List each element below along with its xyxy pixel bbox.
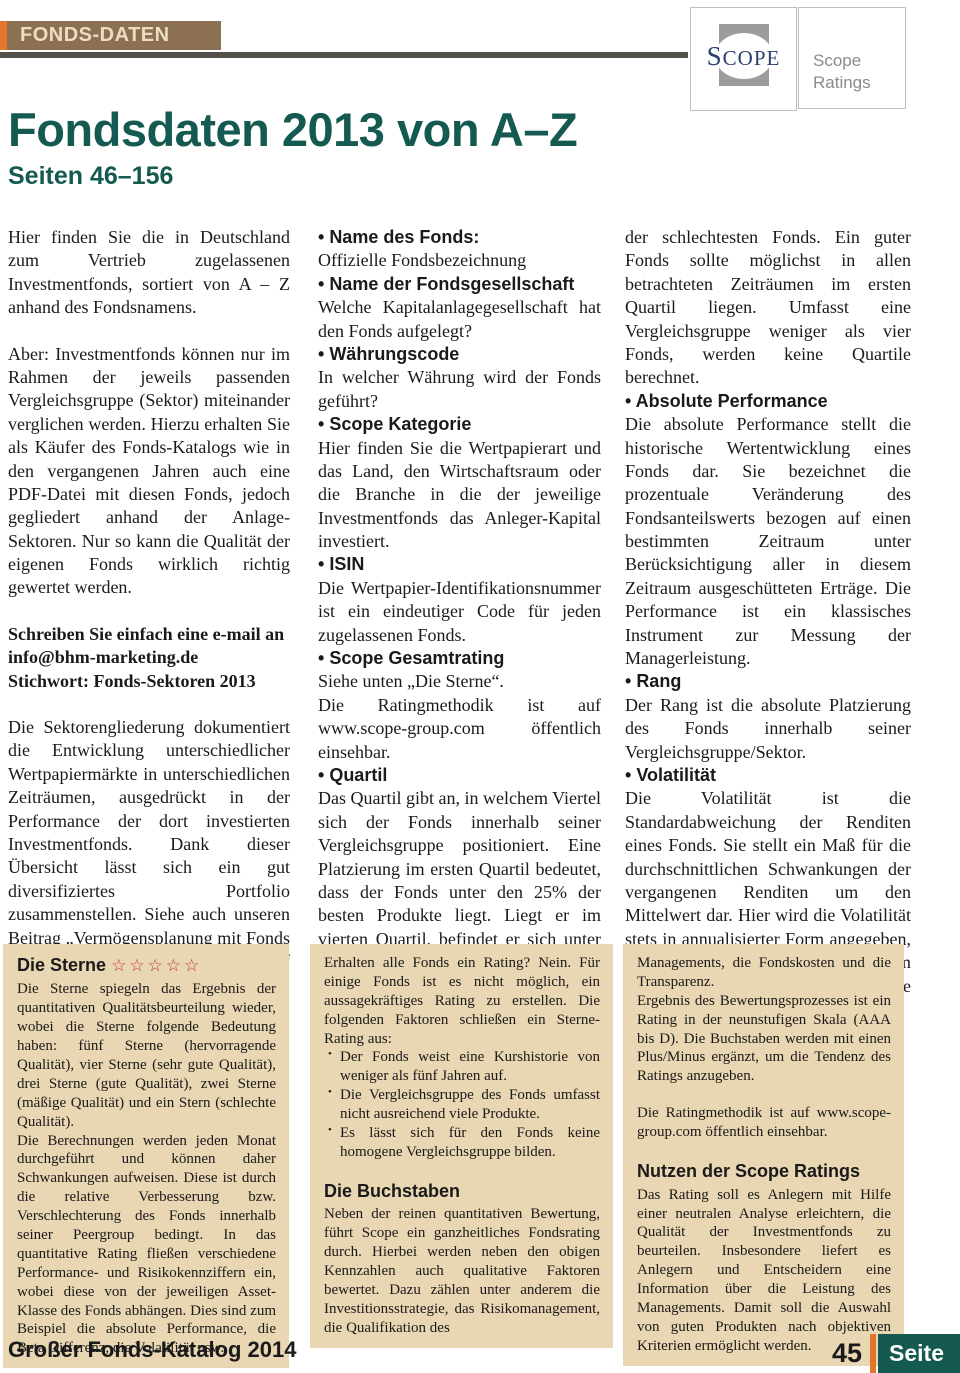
rating-bullet: Der Fonds weist eine Kurshistorie von we… (324, 1048, 600, 1086)
section-kicker: FONDS-DATEN (0, 21, 221, 50)
catalog-name: Großer Fonds-Katalog 2014 (8, 1337, 297, 1363)
header-rule (0, 52, 688, 58)
nutzen-paragraph: Das Rating soll es Anlegern mit Hilfe ei… (637, 1186, 891, 1356)
glossary-item: Scope Kategorie Hier finden Sie die Wert… (318, 413, 601, 553)
page-label-text: Seite (889, 1340, 944, 1367)
scope-caption-line1: Scope (813, 50, 905, 72)
nutzen-paragraph: Ergebnis des Bewertungsprozesses ist ein… (637, 992, 891, 1086)
nutzen-heading: Nutzen der Scope Ratings (637, 1160, 891, 1183)
rating-bullet: Die Vergleichsgruppe des Fonds umfasst n… (324, 1086, 600, 1124)
glossary-definition: Siehe unten „Die Sterne“. (318, 670, 601, 693)
glossary-term: Rang (625, 670, 911, 693)
spacer (637, 1142, 891, 1160)
scope-caption-line2: Ratings (813, 72, 905, 94)
glossary-continuation: der schlechtesten Fonds. Ein guter Fonds… (625, 226, 911, 390)
glossary-item: Name der Fondsgesellschaft Welche Kapita… (318, 273, 601, 343)
sterne-paragraph: Die Berechnungen werden jeden Monat durc… (17, 1132, 276, 1359)
page-title: Fondsdaten 2013 von A–Z (8, 102, 577, 157)
glossary-term: Scope Kategorie (318, 413, 601, 436)
sterne-panel: Die Sterne ☆☆☆☆☆ Die Sterne spiegeln das… (3, 944, 289, 1368)
glossary-term: Währungscode (318, 343, 601, 366)
glossary-definition: Die absolute Performance stellt die hist… (625, 413, 911, 670)
scope-logo-wordmark: SCOPE (691, 41, 796, 72)
page-number-block: 45 Seite (832, 1334, 960, 1373)
glossary-term: Name des Fonds: (318, 226, 601, 249)
glossary-definition: Der Rang ist die absolute Platzierung de… (625, 694, 911, 764)
page-label-badge: Seite (878, 1334, 960, 1373)
glossary-column-1: Name des Fonds: Offizielle Fondsbezeichn… (318, 226, 601, 975)
intro-paragraph: Hier finden Sie die in Deutschland zum V… (8, 226, 290, 320)
glossary-term: Absolute Performance (625, 390, 911, 413)
glossary-term: Quartil (318, 764, 601, 787)
buchstaben-heading: Die Buchstaben (324, 1180, 600, 1203)
glossary-item: Scope Gesamtrating Siehe unten „Die Ster… (318, 647, 601, 764)
rating-bullet: Es lässt sich für den Fonds keine homoge… (324, 1124, 600, 1162)
sterne-paragraph: Die Sterne spiegeln das Ergebnis der qua… (17, 980, 276, 1131)
glossary-item: Währungscode In welcher Währung wird der… (318, 343, 601, 413)
page-number-accent-bar (870, 1334, 876, 1373)
glossary-term: Name der Fondsgesellschaft (318, 273, 601, 296)
glossary-definition: In welcher Währung wird der Fonds geführ… (318, 366, 601, 413)
catalog-page: FONDS-DATEN SCOPE Scope Ratings Fondsdat… (0, 0, 960, 1373)
star-rating-icons: ☆☆☆☆☆ (111, 956, 202, 976)
glossary-item: ISIN Die Wertpapier-Identifikationsnumme… (318, 553, 601, 647)
glossary-term: ISIN (318, 553, 601, 576)
intro-paragraph: Aber: Investmentfonds können nur im Rahm… (8, 343, 290, 600)
page-subtitle: Seiten 46–156 (8, 162, 173, 191)
scope-logo: SCOPE (690, 7, 797, 111)
nutzen-paragraph: Die Ratingmethodik ist auf www.scope-gro… (637, 1104, 891, 1142)
rating-paragraph: Erhalten alle Fonds ein Rating? Nein. Fü… (324, 954, 600, 1048)
glossary-definition: Die Wertpapier-Identifikationsnummer ist… (318, 577, 601, 647)
glossary-item: Absolute Performance Die absolute Perfor… (625, 390, 911, 671)
scope-ratings-caption: Scope Ratings (798, 7, 906, 109)
page-number: 45 (832, 1338, 862, 1369)
glossary-definition: Hier finden Sie die Wertpapierart und da… (318, 437, 601, 554)
spacer (637, 1086, 891, 1104)
sterne-heading: Die Sterne ☆☆☆☆☆ (17, 954, 276, 977)
rating-paragraph: Neben der reinen quantitativen Bewertung… (324, 1205, 600, 1337)
sterne-heading-label: Die Sterne (17, 955, 106, 975)
glossary-term: Volatilität (625, 764, 911, 787)
email-cta-keyword: Stichwort: Fonds-Sektoren 2013 (8, 670, 290, 693)
glossary-item: Rang Der Rang ist die absolute Platzieru… (625, 670, 911, 764)
glossary-item: Quartil Das Quartil gibt an, in welchem … (318, 764, 601, 975)
glossary-column-2: der schlechtesten Fonds. Ein guter Fonds… (625, 226, 911, 1021)
email-address: info@bhm-marketing.de (8, 646, 290, 669)
email-cta: Schreiben Sie einfach eine e-mail an inf… (8, 623, 290, 693)
glossary-item: Name des Fonds: Offizielle Fondsbezeichn… (318, 226, 601, 273)
glossary-definition: Offizielle Fondsbezeichnung (318, 249, 601, 272)
glossary-definition: Die Ratingmethodik ist auf www.scope-gro… (318, 694, 601, 764)
intro-column: Hier finden Sie die in Deutschland zum V… (8, 226, 290, 1020)
spacer (324, 1162, 600, 1180)
glossary-definition: Welche Kapitalanlagegesellschaft hat den… (318, 296, 601, 343)
glossary-term: Scope Gesamtrating (318, 647, 601, 670)
email-cta-line: Schreiben Sie einfach eine e-mail an (8, 623, 290, 646)
rating-exclusion-panel: Erhalten alle Fonds ein Rating? Nein. Fü… (310, 944, 613, 1348)
nutzen-paragraph: Managements, die Fondskosten und die Tra… (637, 954, 891, 992)
nutzen-panel: Managements, die Fondskosten und die Tra… (623, 944, 904, 1366)
